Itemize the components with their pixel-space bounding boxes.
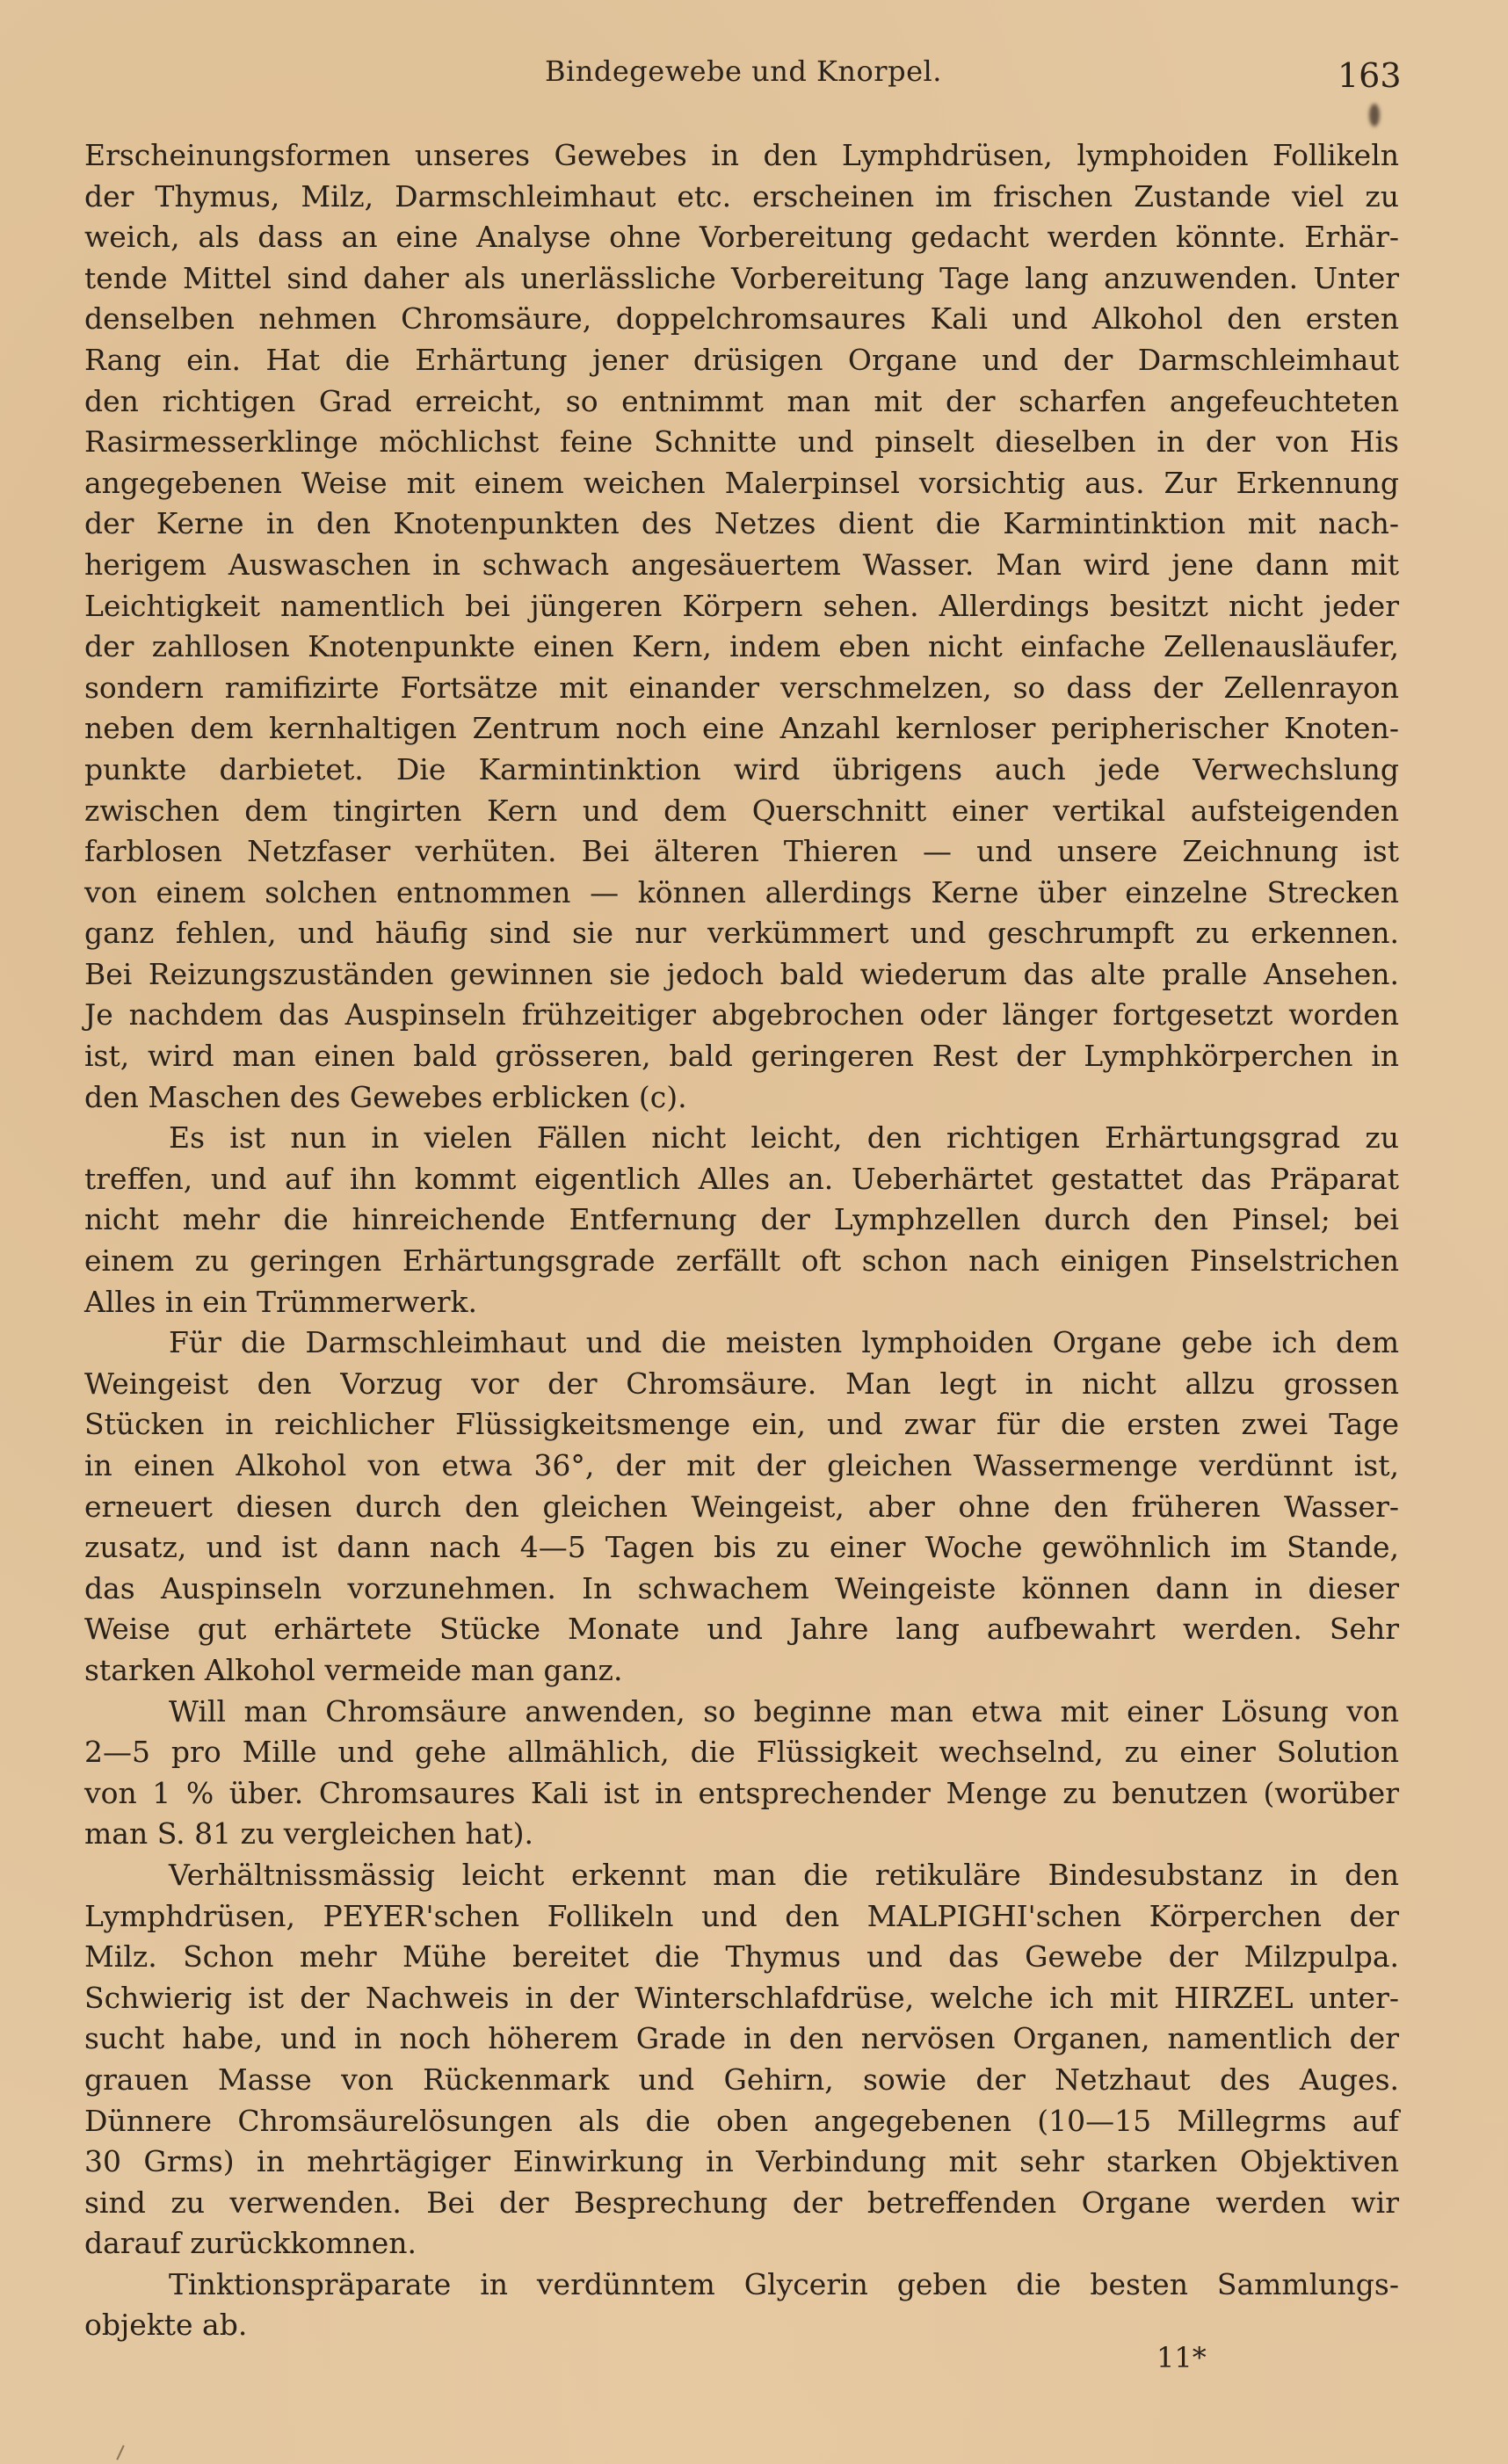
paragraph: Tinktionspräparate in verdünntem Glyceri… [84, 2265, 1399, 2346]
text-line: punkte darbietet. Die Karmintinktion wir… [84, 750, 1399, 791]
paragraph: Erscheinungsformen unseres Gewebes in de… [84, 135, 1399, 1118]
text-line: Alles in ein Trümmerwerk. [84, 1282, 1399, 1323]
page-header: Bindegewebe und Knorpel. 163 [0, 51, 1508, 95]
text-line: sondern ramifizirte Fortsätze mit einand… [84, 668, 1399, 709]
running-head: Bindegewebe und Knorpel. [545, 54, 942, 88]
text-line: neben dem kernhaltigen Zentrum noch eine… [84, 708, 1399, 750]
text-line: farblosen Netzfaser verhüten. Bei ältere… [84, 831, 1399, 873]
text-line: ist, wird man einen bald grösseren, bald… [84, 1036, 1399, 1077]
text-line: der zahllosen Knotenpunkte einen Kern, i… [84, 627, 1399, 668]
text-line: erneuert diesen durch den gleichen Weing… [84, 1487, 1399, 1528]
text-line: Bei Reizungszuständen gewinnen sie jedoc… [84, 954, 1399, 996]
body-text: Erscheinungsformen unseres Gewebes in de… [84, 135, 1399, 2346]
text-line: Tinktionspräparate in verdünntem Glyceri… [84, 2265, 1399, 2306]
text-line: Für die Darmschleimhaut und die meisten … [84, 1323, 1399, 1364]
page-number: 163 [1338, 56, 1402, 95]
paragraph: Es ist nun in vielen Fällen nicht leicht… [84, 1118, 1399, 1323]
text-line: zusatz, und ist dann nach 4—5 Tagen bis … [84, 1527, 1399, 1569]
ink-spot-mark [1369, 104, 1380, 127]
text-line: 30 Grms) in mehrtägiger Einwirkung in Ve… [84, 2142, 1399, 2183]
text-line: Leichtigkeit namentlich bei jüngeren Kör… [84, 586, 1399, 627]
text-line: Milz. Schon mehr Mühe bereitet die Thymu… [84, 1937, 1399, 1978]
paragraph: Verhältnissmässig leicht erkennt man die… [84, 1855, 1399, 2265]
text-line: zwischen dem tingirten Kern und dem Quer… [84, 791, 1399, 832]
text-line: 2—5 pro Mille und gehe allmählich, die F… [84, 1732, 1399, 1773]
text-line: nicht mehr die hinreichende Entfernung d… [84, 1199, 1399, 1241]
text-line: denselben nehmen Chromsäure, doppelchrom… [84, 299, 1399, 340]
text-line: den Maschen des Gewebes erblicken (c). [84, 1077, 1399, 1119]
text-line: grauen Masse von Rückenmark und Gehirn, … [84, 2060, 1399, 2101]
text-line: Dünnere Chromsäurelösungen als die oben … [84, 2101, 1399, 2142]
text-line: herigem Auswaschen in schwach angesäuert… [84, 545, 1399, 586]
text-line: Es ist nun in vielen Fällen nicht leicht… [84, 1118, 1399, 1159]
text-line: Rasirmesserklinge möchlichst feine Schni… [84, 422, 1399, 463]
text-line: Will man Chromsäure anwenden, so beginne… [84, 1692, 1399, 1733]
text-line: sind zu verwenden. Bei der Besprechung d… [84, 2183, 1399, 2224]
text-line: darauf zurückkomnen. [84, 2223, 1399, 2265]
text-line: ganz fehlen, und häufig sind sie nur ver… [84, 913, 1399, 954]
paragraph: Für die Darmschleimhaut und die meisten … [84, 1323, 1399, 1691]
text-line: Weingeist den Vorzug vor der Chromsäure.… [84, 1364, 1399, 1405]
text-line: Verhältnissmässig leicht erkennt man die… [84, 1855, 1399, 1896]
text-line: angegebenen Weise mit einem weichen Male… [84, 463, 1399, 504]
pen-mark [116, 2445, 124, 2460]
text-line: sucht habe, und in noch höherem Grade in… [84, 2018, 1399, 2060]
text-line: tende Mittel sind daher als unerlässlich… [84, 258, 1399, 300]
text-line: Stücken in reichlicher Flüssigkeitsmenge… [84, 1404, 1399, 1446]
text-line: Erscheinungsformen unseres Gewebes in de… [84, 135, 1399, 177]
text-line: Lymphdrüsen, PEYER'schen Follikeln und d… [84, 1896, 1399, 1938]
paragraph: Will man Chromsäure anwenden, so beginne… [84, 1692, 1399, 1855]
text-line: treffen, und auf ihn kommt eigentlich Al… [84, 1159, 1399, 1200]
text-line: einem zu geringen Erhärtungsgrade zerfäl… [84, 1241, 1399, 1282]
text-line: man S. 81 zu vergleichen hat). [84, 1814, 1399, 1855]
text-line: Rang ein. Hat die Erhärtung jener drüsig… [84, 340, 1399, 381]
signature-mark: 11* [1156, 2341, 1207, 2374]
text-line: das Auspinseln vorzunehmen. In schwachem… [84, 1569, 1399, 1610]
text-line: weich, als dass an eine Analyse ohne Vor… [84, 217, 1399, 258]
text-line: von 1 % über. Chromsaures Kali ist in en… [84, 1773, 1399, 1815]
text-line: starken Alkohol vermeide man ganz. [84, 1650, 1399, 1692]
text-line: von einem solchen entnommen — können all… [84, 873, 1399, 914]
text-line: in einen Alkohol von etwa 36°, der mit d… [84, 1446, 1399, 1487]
text-line: Schwierig ist der Nachweis in der Winter… [84, 1978, 1399, 2019]
text-line: der Thymus, Milz, Darmschleimhaut etc. e… [84, 177, 1399, 218]
text-line: den richtigen Grad erreicht, so entnimmt… [84, 381, 1399, 423]
text-line: Je nachdem das Auspinseln frühzeitiger a… [84, 995, 1399, 1036]
text-line: Weise gut erhärtete Stücke Monate und Ja… [84, 1609, 1399, 1650]
text-line: der Kerne in den Knotenpunkten des Netze… [84, 504, 1399, 545]
